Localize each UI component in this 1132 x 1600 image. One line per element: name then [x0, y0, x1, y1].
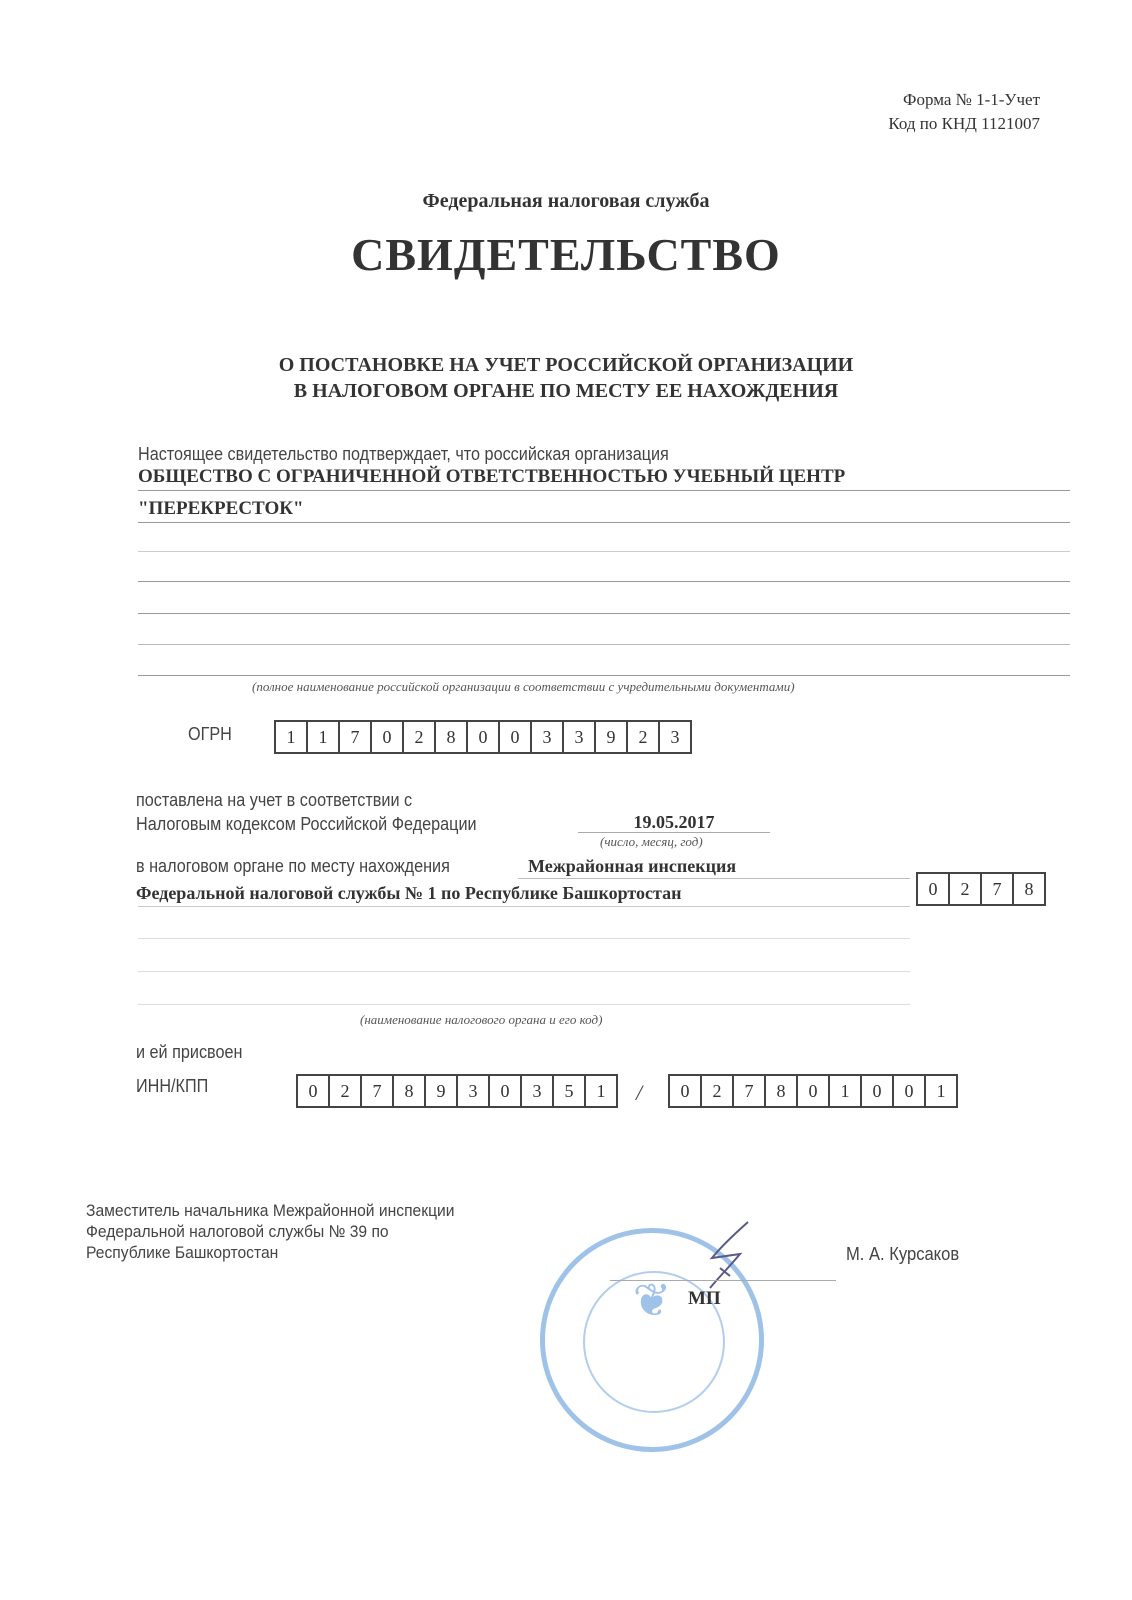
- ogrn-label: ОГРН: [188, 724, 232, 745]
- tax-authority-name-1: Межрайонная инспекция: [528, 856, 736, 877]
- digit-cell: 0: [372, 722, 404, 752]
- signatory-position: Заместитель начальника Межрайонной инспе…: [86, 1200, 455, 1263]
- position-line-3: Республике Башкортостан: [86, 1242, 455, 1263]
- divider: [138, 971, 910, 972]
- subtitle-line-2: В НАЛОГОВОМ ОРГАНЕ ПО МЕСТУ ЕЕ НАХОЖДЕНИ…: [0, 378, 1132, 404]
- digit-cell: 7: [982, 874, 1014, 904]
- digit-cell: 7: [340, 722, 372, 752]
- signature-scribble-icon: [700, 1218, 760, 1298]
- registration-text-2: Налоговым кодексом Российской Федерации: [136, 814, 477, 835]
- digit-cell: 8: [436, 722, 468, 752]
- digit-cell: 0: [918, 874, 950, 904]
- digit-cell: 8: [394, 1076, 426, 1106]
- divider: [138, 522, 1070, 523]
- digit-cell: 3: [522, 1076, 554, 1106]
- kpp-field: 027801001: [668, 1074, 958, 1108]
- digit-cell: 0: [468, 722, 500, 752]
- digit-cell: 0: [862, 1076, 894, 1106]
- digit-cell: 0: [798, 1076, 830, 1106]
- document-subtitle: О ПОСТАНОВКЕ НА УЧЕТ РОССИЙСКОЙ ОРГАНИЗА…: [0, 352, 1132, 404]
- digit-cell: 0: [500, 722, 532, 752]
- signature-line: [610, 1280, 836, 1281]
- tax-authority-prefix: в налоговом органе по месту нахождения: [136, 856, 450, 877]
- org-name-caption: (полное наименование российской организа…: [252, 679, 795, 695]
- ogrn-field: 1170280033923: [274, 720, 692, 754]
- digit-cell: 2: [330, 1076, 362, 1106]
- inn-field: 0278930351: [296, 1074, 618, 1108]
- position-line-1: Заместитель начальника Межрайонной инспе…: [86, 1200, 455, 1221]
- intro-text: Настоящее свидетельство подтверждает, чт…: [138, 444, 669, 465]
- digit-cell: 0: [298, 1076, 330, 1106]
- digit-cell: 9: [426, 1076, 458, 1106]
- digit-cell: 1: [276, 722, 308, 752]
- divider: [138, 551, 1070, 552]
- registration-text-1: поставлена на учет в соответствии с: [136, 790, 412, 811]
- digit-cell: 2: [702, 1076, 734, 1106]
- digit-cell: 3: [458, 1076, 490, 1106]
- divider: [138, 490, 1070, 491]
- divider: [138, 675, 1070, 676]
- divider: [138, 906, 910, 907]
- digit-cell: 1: [926, 1076, 958, 1106]
- agency-name: Федеральная налоговая служба: [0, 190, 1132, 213]
- digit-cell: 7: [362, 1076, 394, 1106]
- digit-cell: 5: [554, 1076, 586, 1106]
- digit-cell: 3: [532, 722, 564, 752]
- digit-cell: 2: [950, 874, 982, 904]
- form-number-block: Форма № 1-1-Учет Код по КНД 1121007: [888, 88, 1040, 136]
- digit-cell: 9: [596, 722, 628, 752]
- org-name-line-2: "ПЕРЕКРЕСТОК": [138, 498, 304, 520]
- digit-cell: 8: [1014, 874, 1046, 904]
- digit-cell: 1: [586, 1076, 618, 1106]
- divider: [578, 832, 770, 833]
- digit-cell: 0: [894, 1076, 926, 1106]
- knd-code: Код по КНД 1121007: [888, 112, 1040, 136]
- inn-kpp-separator: /: [636, 1080, 642, 1106]
- digit-cell: 0: [490, 1076, 522, 1106]
- document-title: СВИДЕТЕЛЬСТВО: [0, 228, 1132, 281]
- digit-cell: 3: [660, 722, 692, 752]
- digit-cell: 2: [628, 722, 660, 752]
- inn-kpp-label: ИНН/КПП: [136, 1076, 208, 1097]
- date-caption: (число, месяц, год): [600, 834, 703, 850]
- registration-date: 19.05.2017: [578, 812, 770, 833]
- position-line-2: Федеральной налоговой службы № 39 по: [86, 1221, 455, 1242]
- digit-cell: 7: [734, 1076, 766, 1106]
- assigned-text: и ей присвоен: [136, 1042, 242, 1063]
- digit-cell: 2: [404, 722, 436, 752]
- divider: [138, 613, 1070, 614]
- digit-cell: 1: [308, 722, 340, 752]
- subtitle-line-1: О ПОСТАНОВКЕ НА УЧЕТ РОССИЙСКОЙ ОРГАНИЗА…: [0, 352, 1132, 378]
- stamp-label: МП: [688, 1288, 721, 1310]
- tax-authority-caption: (наименование налогового органа и его ко…: [360, 1012, 602, 1028]
- divider: [138, 938, 910, 939]
- tax-authority-code-field: 0278: [916, 872, 1046, 906]
- divider: [138, 644, 1070, 645]
- divider: [138, 581, 1070, 582]
- divider: [518, 878, 910, 879]
- form-number: Форма № 1-1-Учет: [888, 88, 1040, 112]
- divider: [138, 1004, 910, 1005]
- tax-authority-name-2: Федеральной налоговой службы № 1 по Респ…: [136, 883, 681, 904]
- digit-cell: 8: [766, 1076, 798, 1106]
- org-name-line-1: ОБЩЕСТВО С ОГРАНИЧЕННОЙ ОТВЕТСТВЕННОСТЬЮ…: [138, 466, 845, 488]
- digit-cell: 1: [830, 1076, 862, 1106]
- signatory-name: М. А. Курсаков: [846, 1244, 959, 1265]
- digit-cell: 0: [670, 1076, 702, 1106]
- digit-cell: 3: [564, 722, 596, 752]
